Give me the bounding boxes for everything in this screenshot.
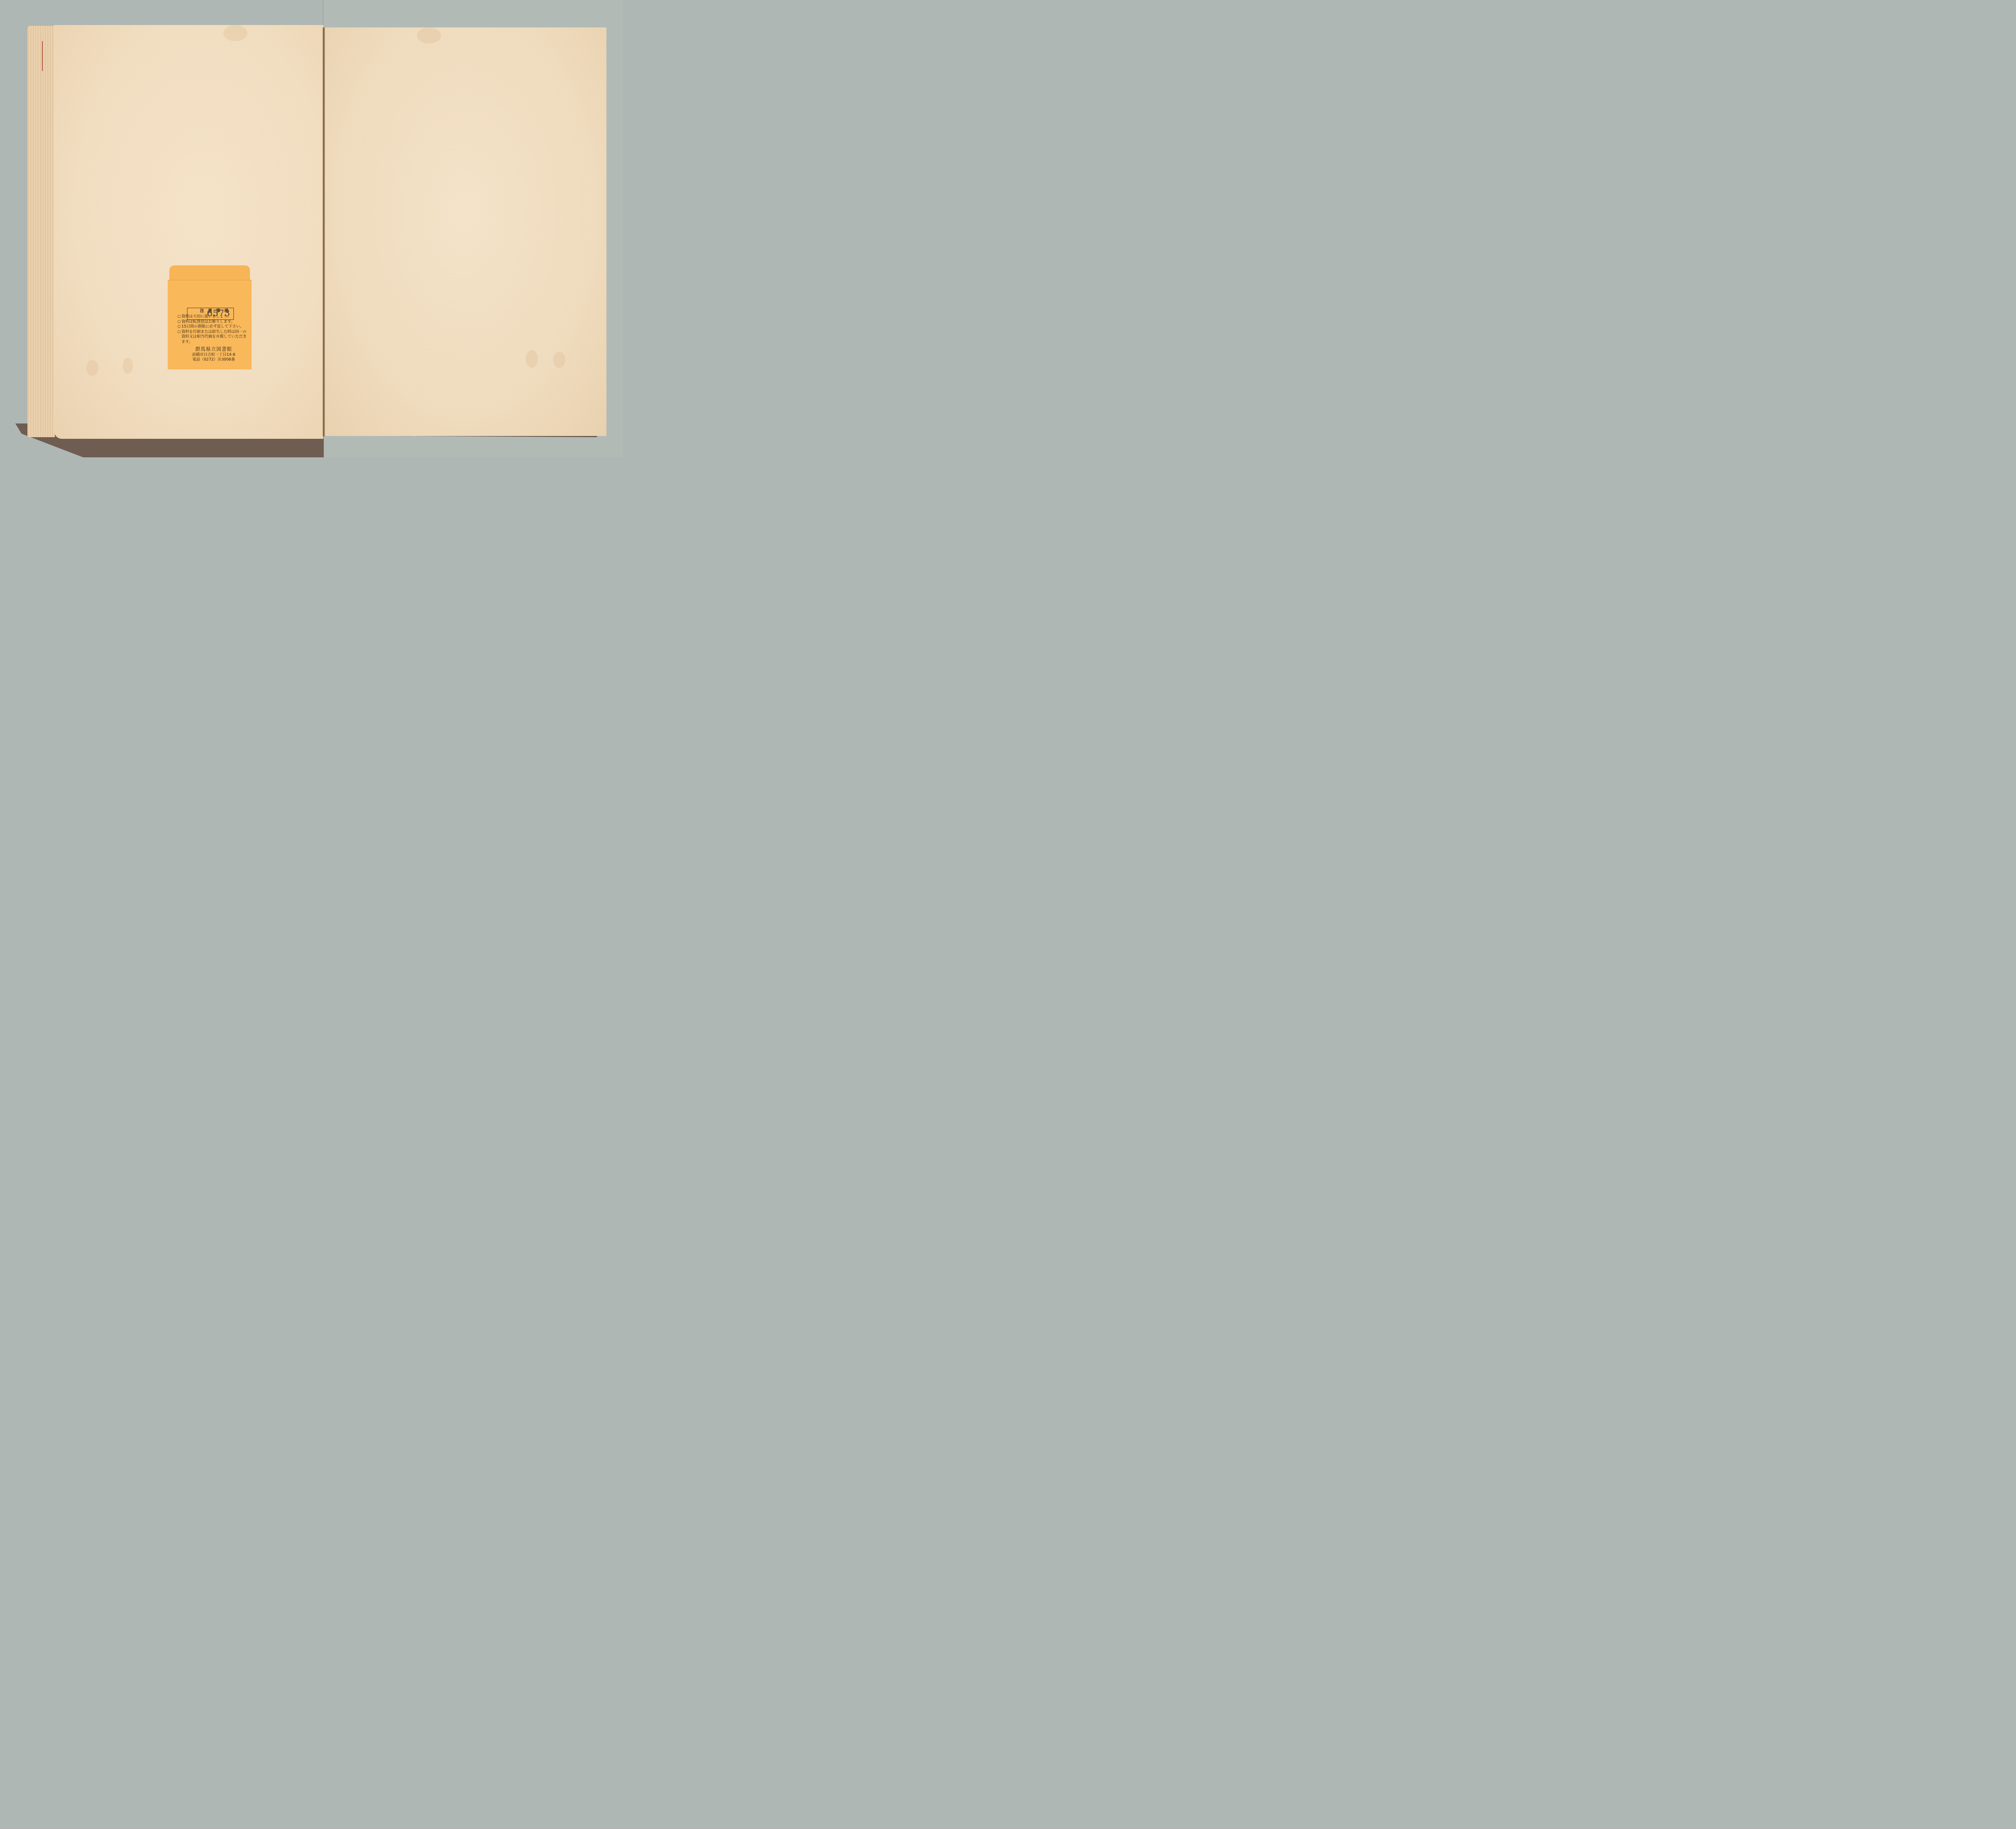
page-stain [526, 350, 538, 368]
rule-item: ○資料は転貸借はお断りします。 [177, 319, 250, 325]
library-book-pocket[interactable]: 6573 注意事項 ○資料は大切に扱いましょう。 ○資料は転貸借はお断りします。… [168, 265, 252, 369]
rule-item: ○資料を汚損または紛失した時は同一の資料又は相当代価を弁償していただきます。 [177, 330, 250, 345]
rule-item: ○15日間の期限に必ず返して下さい。 [177, 324, 250, 330]
circle-bullet-icon: ○ [177, 324, 181, 330]
page-stain [223, 25, 248, 41]
pocket-text: 注意事項 ○資料は大切に扱いましょう。 ○資料は転貸借はお断りします。 ○15日… [177, 307, 250, 362]
library-name: 群馬県立図書館 [177, 346, 250, 352]
library-phone: 電話（0272）㉛3008番 [177, 357, 250, 362]
right-page [324, 27, 606, 436]
page-stain [123, 358, 133, 374]
page-fore-edge [27, 26, 55, 437]
fore-edge-red-mark [42, 41, 43, 71]
page-stain [417, 27, 441, 44]
left-page [54, 25, 323, 439]
library-address: 前橋市日吉町一丁目14-8 [177, 352, 250, 357]
circle-bullet-icon: ○ [177, 319, 181, 325]
book-gutter [323, 27, 325, 436]
circle-bullet-icon: ○ [177, 330, 181, 335]
notice-title: 注意事項 [182, 307, 250, 313]
page-stain [553, 352, 565, 368]
rule-item: ○資料は大切に扱いましょう。 [177, 314, 250, 319]
page-stain [86, 360, 98, 376]
circle-bullet-icon: ○ [177, 314, 181, 319]
